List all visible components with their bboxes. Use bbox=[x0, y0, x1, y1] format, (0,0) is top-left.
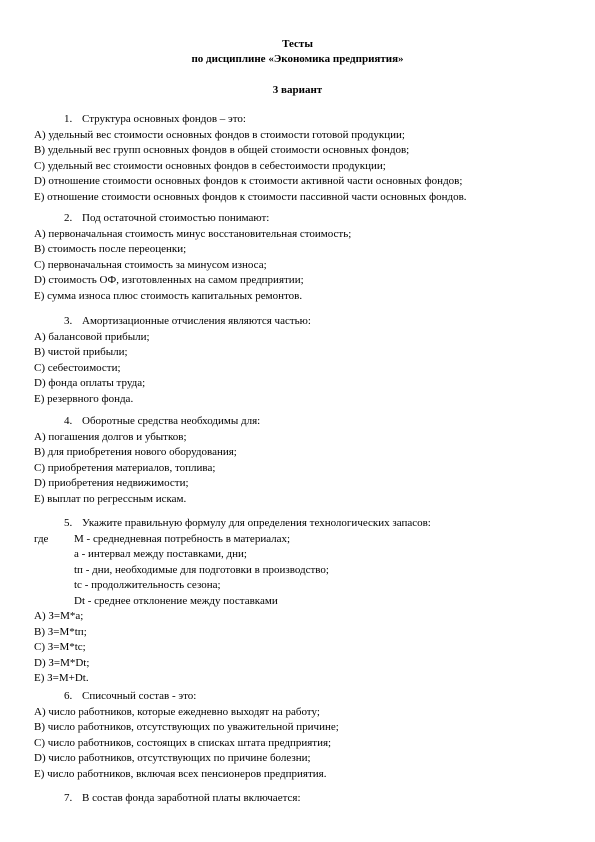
answer-option-d: D) стоимость ОФ, изготовленных на самом … bbox=[34, 273, 574, 289]
question-7: 7. В состав фонда заработной платы включ… bbox=[34, 791, 574, 807]
variant-label: 3 вариант bbox=[0, 83, 595, 99]
answer-option-e: E) сумма износа плюс стоимость капитальн… bbox=[34, 289, 574, 305]
question-3: 3. Амортизационные отчисления являются ч… bbox=[34, 314, 574, 407]
question-heading: 7. В состав фонда заработной платы включ… bbox=[34, 791, 574, 807]
answer-option-a: A) удельный вес стоимости основных фондо… bbox=[34, 128, 574, 144]
question-number: 7. bbox=[64, 791, 72, 807]
answer-option-e: E) выплат по регрессным искам. bbox=[34, 492, 574, 508]
answer-option-a: A) балансовой прибыли; bbox=[34, 330, 574, 346]
answer-option-d: D) З=М*Dt; bbox=[34, 656, 574, 672]
question-heading: 6. Списочный состав - это: bbox=[34, 689, 574, 705]
question-heading: 3. Амортизационные отчисления являются ч… bbox=[34, 314, 574, 330]
question-text: Под остаточной стоимостью понимают: bbox=[64, 211, 269, 227]
question-4: 4. Оборотные средства необходимы для: A)… bbox=[34, 414, 574, 507]
answer-option-b: B) для приобретения нового оборудования; bbox=[34, 445, 574, 461]
question-6: 6. Списочный состав - это: A) число рабо… bbox=[34, 689, 574, 782]
question-text: Укажите правильную формулу для определен… bbox=[64, 516, 431, 532]
answer-option-b: B) число работников, отсутствующих по ув… bbox=[34, 720, 574, 736]
question-heading: 1. Структура основных фондов – это: bbox=[34, 112, 574, 128]
legend-line: tп - дни, необходимые для подготовки в п… bbox=[74, 563, 574, 579]
answer-option-c: C) число работников, состоящих в списках… bbox=[34, 736, 574, 752]
question-number: 1. bbox=[64, 112, 72, 128]
document-page: Тесты по дисциплине «Экономика предприят… bbox=[0, 0, 595, 842]
question-heading: 2. Под остаточной стоимостью понимают: bbox=[34, 211, 574, 227]
legend-line: a - интервал между поставками, дни; bbox=[74, 547, 574, 563]
question-heading: 5. Укажите правильную формулу для опреде… bbox=[34, 516, 574, 532]
question-heading: 4. Оборотные средства необходимы для: bbox=[34, 414, 574, 430]
answer-option-c: C) приобретения материалов, топлива; bbox=[34, 461, 574, 477]
question-1: 1. Структура основных фондов – это: A) у… bbox=[34, 112, 574, 205]
legend-line: Dt - среднее отклонение между поставками bbox=[74, 594, 574, 610]
answer-option-e: E) З=М+Dt. bbox=[34, 671, 574, 687]
question-5: 5. Укажите правильную формулу для опреде… bbox=[34, 516, 574, 687]
answer-option-c: C) З=М*tc; bbox=[34, 640, 574, 656]
question-number: 2. bbox=[64, 211, 72, 227]
answer-option-a: A) первоначальная стоимость минус восста… bbox=[34, 227, 574, 243]
answer-option-d: D) фонда оплаты труда; bbox=[34, 376, 574, 392]
document-subtitle: по дисциплине «Экономика предприятия» bbox=[0, 52, 595, 68]
question-text: Амортизационные отчисления являются част… bbox=[64, 314, 311, 330]
answer-option-d: D) приобретения недвижимости; bbox=[34, 476, 574, 492]
answer-option-b: B) чистой прибыли; bbox=[34, 345, 574, 361]
answer-option-c: C) удельный вес стоимости основных фондо… bbox=[34, 159, 574, 175]
answer-option-e: E) резервного фонда. bbox=[34, 392, 574, 408]
answer-option-d: D) число работников, отсутствующих по пр… bbox=[34, 751, 574, 767]
answer-option-d: D) отношение стоимости основных фондов к… bbox=[34, 174, 574, 190]
answer-option-a: A) погашения долгов и убытков; bbox=[34, 430, 574, 446]
question-number: 5. bbox=[64, 516, 72, 532]
question-text: Оборотные средства необходимы для: bbox=[64, 414, 260, 430]
question-text: Структура основных фондов – это: bbox=[64, 112, 246, 128]
answer-option-c: C) первоначальная стоимость за минусом и… bbox=[34, 258, 574, 274]
question-number: 4. bbox=[64, 414, 72, 430]
answer-option-a: A) З=М*a; bbox=[34, 609, 574, 625]
document-title: Тесты bbox=[0, 37, 595, 53]
answer-option-c: C) себестоимости; bbox=[34, 361, 574, 377]
answer-option-b: B) удельный вес групп основных фондов в … bbox=[34, 143, 574, 159]
question-text: Списочный состав - это: bbox=[64, 689, 196, 705]
legend-line: М - среднедневная потребность в материал… bbox=[74, 532, 574, 548]
answer-option-b: B) стоимость после переоценки; bbox=[34, 242, 574, 258]
answer-option-b: B) З=М*tп; bbox=[34, 625, 574, 641]
question-number: 6. bbox=[64, 689, 72, 705]
formula-legend: где М - среднедневная потребность в мате… bbox=[34, 532, 574, 610]
question-text: В состав фонда заработной платы включает… bbox=[64, 791, 301, 807]
answer-option-e: E) отношение стоимости основных фондов к… bbox=[34, 190, 574, 206]
where-label: где bbox=[34, 532, 48, 548]
legend-line: tc - продолжительность сезона; bbox=[74, 578, 574, 594]
question-2: 2. Под остаточной стоимостью понимают: A… bbox=[34, 211, 574, 304]
answer-option-a: A) число работников, которые ежедневно в… bbox=[34, 705, 574, 721]
question-number: 3. bbox=[64, 314, 72, 330]
answer-option-e: E) число работников, включая всех пенсио… bbox=[34, 767, 574, 783]
